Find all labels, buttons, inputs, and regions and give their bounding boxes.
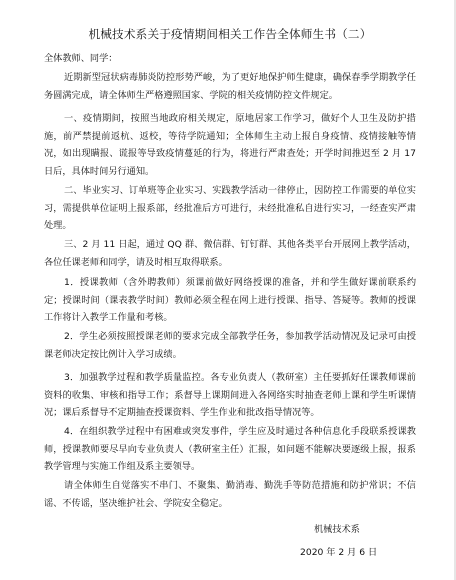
- document-title: 机械技术系关于疫情期间相关工作告全体师生书（二）: [44, 26, 416, 42]
- paragraph-section-3: 三、2 月 11 日起，通过 QQ 群、微信群、钉钉群、其他各类平台开展网上教学…: [44, 236, 416, 271]
- paragraph-closing: 请全体师生自觉落实不串门、不聚集、勤消毒、勤洗手等防范措施和防护常识；不信谣、不…: [44, 477, 416, 512]
- salutation: 全体教师、同学：: [44, 50, 118, 64]
- paragraph-section-1: 一、疫情期间，按照当地政府相关规定，原地居家工作学习，做好个人卫生及防护措施，前…: [44, 110, 416, 180]
- paragraph-item-4: 4．在组织教学过程中有困难或突发事件，学生应及时通过各种信息化手段联系授课教师，…: [44, 423, 416, 476]
- date: 2020 年 2 月 6 日: [300, 544, 377, 558]
- paragraph-intro: 近期新型冠状病毒肺炎防控形势严峻，为了更好地保护师生健康，确保春季学期教学任务圆…: [44, 69, 416, 104]
- paragraph-section-2: 二、毕业实习、订单班等企业实习、实践教学活动一律停止，因防控工作需要的单位实习，…: [44, 182, 416, 235]
- paragraph-item-2: 2．学生必须按照授课老师的要求完成全部教学任务，参加教学活动情况及记录可由授课老…: [44, 328, 416, 363]
- signature: 机械技术系: [314, 521, 360, 535]
- paragraph-item-3: 3．加强教学过程和教学质量监控。各专业负责人（教研室）主任要抓好任课教师课前资料…: [44, 369, 416, 422]
- paragraph-item-1: 1．授课教师（含外聘教师）须课前做好网络授课的准备，并和学生做好课前联系约定；授…: [44, 274, 416, 327]
